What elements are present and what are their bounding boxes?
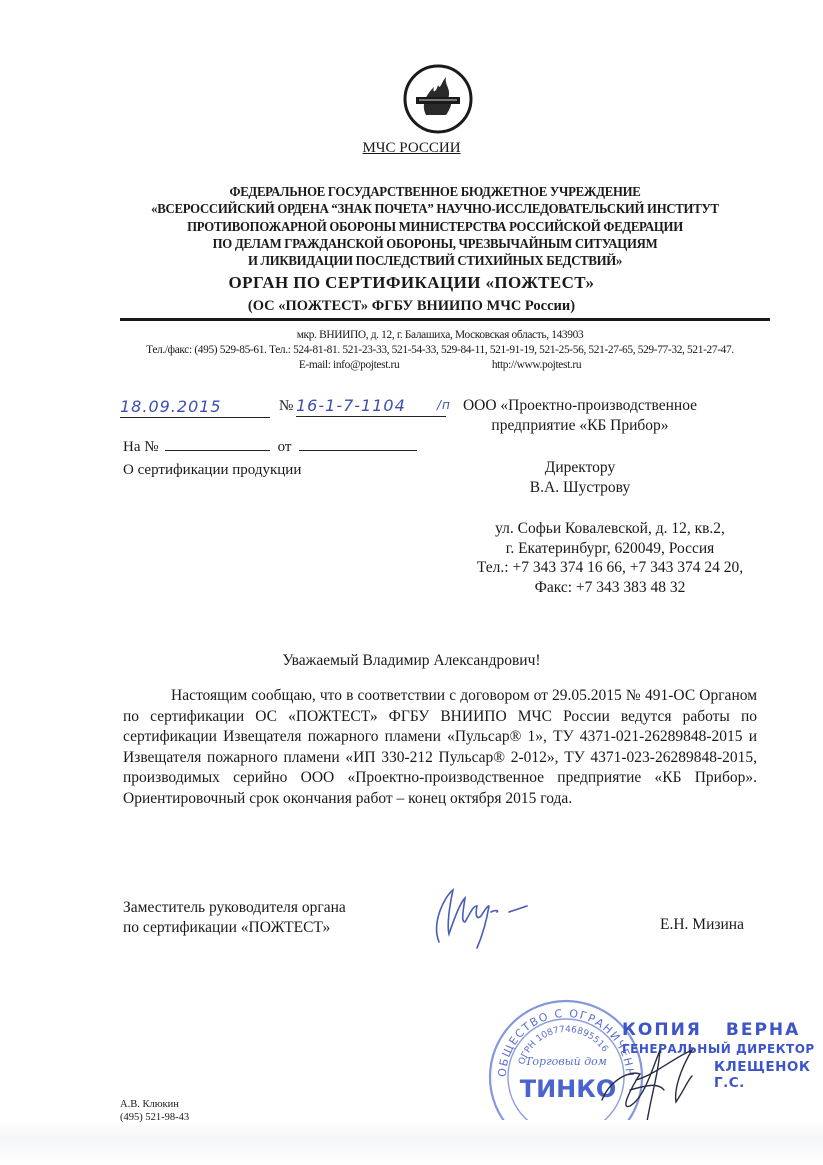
executor-info: А.В. Клюкин (495) 521-98-43 bbox=[120, 1098, 189, 1124]
reply-number-label: На № bbox=[123, 439, 159, 455]
stamp-director-name: КЛЕЩЕНОК Г.С. bbox=[714, 1059, 823, 1091]
recipient-position: Директору bbox=[430, 458, 730, 478]
recipient-address: ул. Софьи Ковалевской, д. 12, кв.2, г. Е… bbox=[420, 519, 800, 597]
letter-body: Настоящим сообщаю, что в соответствии с … bbox=[123, 686, 757, 810]
reply-from-label: от bbox=[278, 439, 292, 455]
in-reply-to: На №от bbox=[123, 436, 417, 456]
letterhead-email[interactable]: E-mail: info@pojtest.ru bbox=[299, 358, 400, 373]
reply-number-blank bbox=[165, 436, 270, 451]
recipient-fax: Факс: +7 343 383 48 32 bbox=[420, 578, 800, 598]
recipient-person: Директору В.А. Шустрову bbox=[430, 458, 730, 498]
recipient-org-line: предприятие «КБ Прибор» bbox=[430, 416, 730, 436]
signatory-name: Е.Н. Мизина bbox=[660, 916, 744, 934]
header-divider bbox=[120, 318, 770, 321]
letterhead-contacts: мкр. ВНИИПО, д. 12, г. Балашиха, Московс… bbox=[60, 328, 820, 374]
certification-body-short: (ОС «ПОЖТЕСТ» ФГБУ ВНИИПО МЧС России) bbox=[0, 298, 823, 315]
org-line: ПО ДЕЛАМ ГРАЖДАНСКОЙ ОБОРОНЫ, ЧРЕЗВЫЧАЙН… bbox=[120, 235, 751, 252]
letter-subject: О сертификации продукции bbox=[123, 462, 301, 479]
letterhead-phones: Тел./факс: (495) 529-85-61. Тел.: 524-81… bbox=[60, 343, 820, 358]
stamp-true-label: ВЕРНА bbox=[726, 1020, 800, 1040]
salutation: Уважаемый Владимир Александрович! bbox=[0, 652, 823, 670]
recipient-name: В.А. Шустрову bbox=[430, 478, 730, 498]
letterhead-website[interactable]: http://www.pojtest.ru bbox=[492, 358, 581, 373]
recipient-org-line: ООО «Проектно-производственное bbox=[430, 396, 730, 416]
signatory-role-line: Заместитель руководителя органа bbox=[123, 898, 346, 918]
signatory-role: Заместитель руководителя органа по серти… bbox=[123, 898, 346, 938]
mchs-emblem-icon bbox=[402, 63, 474, 135]
outgoing-date: 18.09.2015 bbox=[120, 397, 270, 418]
org-line: ФЕДЕРАЛЬНОЕ ГОСУДАРСТВЕННОЕ БЮДЖЕТНОЕ УЧ… bbox=[120, 183, 751, 200]
recipient-address-line: ул. Софьи Ковалевской, д. 12, кв.2, bbox=[420, 519, 800, 539]
org-line: «ВСЕРОССИЙСКИЙ ОРДЕНА “ЗНАК ПОЧЕТА” НАУЧ… bbox=[120, 200, 751, 217]
outgoing-number: 16-1-7-1104 bbox=[296, 396, 446, 417]
handwritten-signature bbox=[425, 882, 545, 952]
org-line: И ЛИКВИДАЦИИ ПОСЛЕДСТВИЙ СТИХИЙНЫХ БЕДСТ… bbox=[120, 252, 751, 269]
scan-shadow bbox=[0, 1120, 823, 1165]
ministry-name: МЧС РОССИИ bbox=[0, 140, 823, 157]
body-paragraph: Настоящим сообщаю, что в соответствии с … bbox=[123, 686, 757, 810]
recipient-phones: Тел.: +7 343 374 16 66, +7 343 374 24 20… bbox=[420, 558, 800, 578]
outgoing-number-label: № bbox=[279, 398, 293, 415]
svg-text:Торговый дом: Торговый дом bbox=[525, 1055, 607, 1068]
recipient-address-line: г. Екатеринбург, 620049, Россия bbox=[420, 539, 800, 559]
reply-date-blank bbox=[299, 436, 417, 451]
recipient-organization: ООО «Проектно-производственное предприят… bbox=[430, 396, 730, 436]
executor-name: А.В. Клюкин bbox=[120, 1098, 189, 1111]
executor-phone: (495) 521-98-43 bbox=[120, 1111, 189, 1124]
letterhead-address: мкр. ВНИИПО, д. 12, г. Балашиха, Московс… bbox=[60, 328, 820, 343]
org-line: ПРОТИВОПОЖАРНОЙ ОБОРОНЫ МИНИСТЕРСТВА РОС… bbox=[120, 218, 751, 235]
organization-header: ФЕДЕРАЛЬНОЕ ГОСУДАРСТВЕННОЕ БЮДЖЕТНОЕ УЧ… bbox=[120, 183, 751, 269]
certification-body-title: ОРГАН ПО СЕРТИФИКАЦИИ «ПОЖТЕСТ» bbox=[0, 273, 823, 293]
signatory-role-line: по сертификации «ПОЖТЕСТ» bbox=[123, 918, 346, 938]
